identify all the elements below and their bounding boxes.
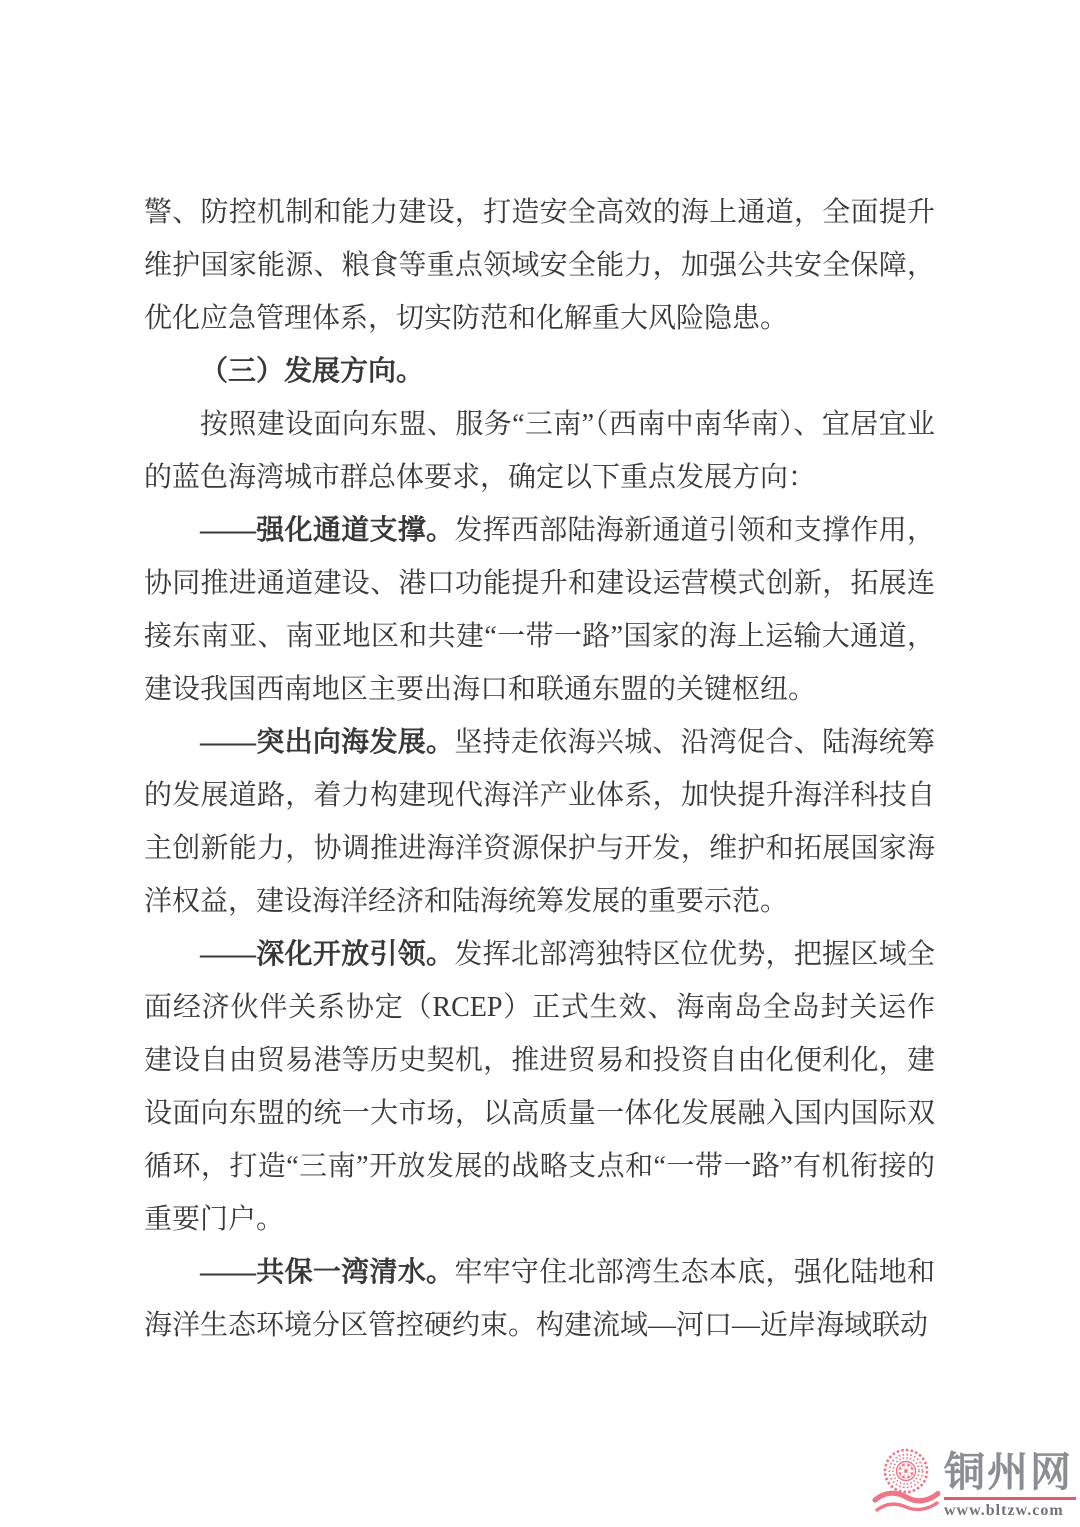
site-watermark: 铜州网 www.bltzw.com bbox=[872, 1444, 1076, 1520]
document-content: 警、防控机制和能力建设，打造安全高效的海上通道，全面提升维护国家能源、粮食等重点… bbox=[144, 186, 935, 1352]
paragraph-text: 发挥北部湾独特区位优势，把握区域全面经济伙伴关系协定（RCEP）正式生效、海南岛… bbox=[144, 939, 935, 1235]
paragraph-directive-sea: ——突出向海发展。坚持走依海兴城、沿湾促合、陆海统筹的发展道路，着力构建现代海洋… bbox=[144, 716, 935, 928]
section-heading: （三）发展方向。 bbox=[144, 345, 935, 398]
directive-lead: ——强化通道支撑。 bbox=[200, 515, 454, 546]
wave-icon bbox=[875, 1493, 938, 1510]
seal-icon bbox=[872, 1444, 940, 1518]
site-url: www.bltzw.com bbox=[944, 1502, 1076, 1520]
watermark-underline bbox=[944, 1497, 1076, 1500]
site-name: 铜州网 bbox=[944, 1450, 1076, 1494]
paragraph-intro: 按照建设面向东盟、服务“三南”（西南中南华南）、宜居宜业的蓝色海湾城市群总体要求… bbox=[144, 398, 935, 504]
directive-lead: ——共保一湾清水。 bbox=[200, 1257, 454, 1288]
section-heading-text: （三）发展方向。 bbox=[200, 356, 424, 387]
paragraph-text: 警、防控机制和能力建设，打造安全高效的海上通道，全面提升维护国家能源、粮食等重点… bbox=[144, 197, 935, 334]
paragraph-text: 按照建设面向东盟、服务“三南”（西南中南华南）、宜居宜业的蓝色海湾城市群总体要求… bbox=[144, 409, 935, 493]
directive-lead: ——深化开放引领。 bbox=[200, 939, 454, 970]
document-page: 警、防控机制和能力建设，打造安全高效的海上通道，全面提升维护国家能源、粮食等重点… bbox=[0, 0, 1080, 1527]
paragraph-directive-channel: ——强化通道支撑。发挥西部陆海新通道引领和支撑作用，协同推进通道建设、港口功能提… bbox=[144, 504, 935, 716]
paragraph-directive-water: ——共保一湾清水。牢牢守住北部湾生态本底，强化陆地和海洋生态环境分区管控硬约束。… bbox=[144, 1246, 935, 1352]
watermark-text-block: 铜州网 www.bltzw.com bbox=[944, 1450, 1076, 1520]
paragraph-directive-opening: ——深化开放引领。发挥北部湾独特区位优势，把握区域全面经济伙伴关系协定（RCEP… bbox=[144, 928, 935, 1246]
paragraph-continuation: 警、防控机制和能力建设，打造安全高效的海上通道，全面提升维护国家能源、粮食等重点… bbox=[144, 186, 935, 345]
directive-lead: ——突出向海发展。 bbox=[200, 727, 454, 758]
